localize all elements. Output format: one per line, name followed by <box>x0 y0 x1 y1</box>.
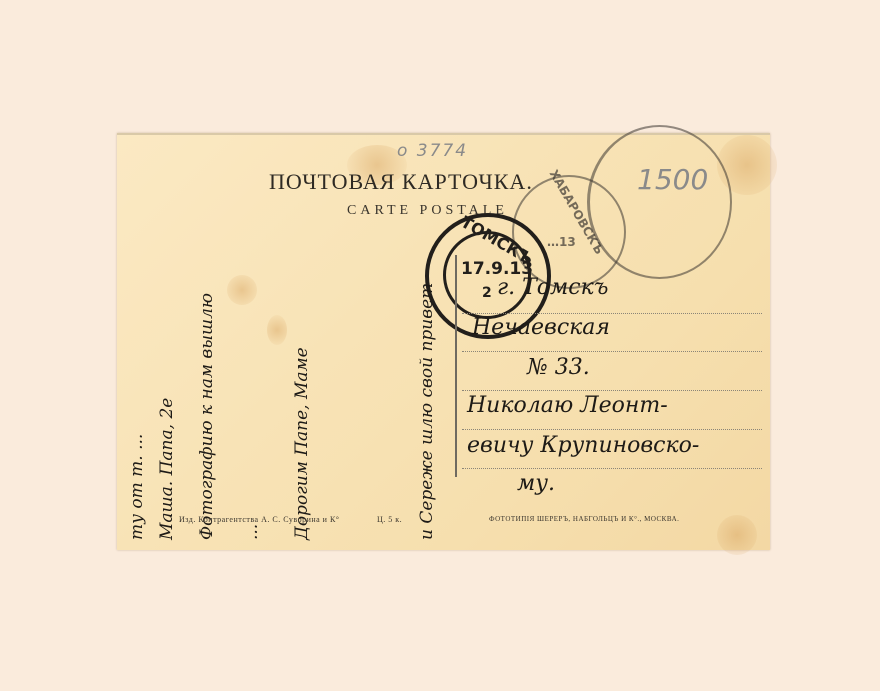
message-line: ту от т. ... <box>127 434 147 540</box>
age-stain <box>717 515 757 555</box>
price-footer: Ц. 5 к. <box>377 515 402 524</box>
printed-title: ПОЧТОВАЯ КАРТОЧКА. <box>269 169 533 195</box>
age-stain <box>227 275 257 305</box>
age-stain <box>267 315 287 345</box>
publisher-footer: Изд. Контрагентства А. С. Суворина и К° <box>179 515 340 524</box>
printer-footer: ФОТОТИПІЯ ШЕРЕРЪ, НАБГОЛЬЦЪ И К°., МОСКВ… <box>489 515 679 523</box>
postmark-date-secondary: …13 <box>547 235 576 249</box>
address-rule <box>462 429 762 430</box>
address-line: № 33. <box>527 355 590 380</box>
address-rule <box>462 313 762 314</box>
postcard: o 3774 1500 ПОЧТОВАЯ КАРТОЧКА. CARTE POS… <box>117 133 770 550</box>
message-line: ... <box>242 524 262 540</box>
pencil-inventory-number: o 3774 <box>397 141 468 161</box>
address-line: Нечаевская <box>472 315 610 340</box>
address-line: евичу Крупиновско- <box>467 433 699 458</box>
address-line: му. <box>517 471 555 496</box>
message-line: Дорогим Папе, Маме <box>292 347 312 540</box>
postmark-sub: 2 <box>482 285 492 301</box>
divider-line <box>455 255 457 477</box>
address-rule <box>462 390 762 391</box>
message-line: Фотографию к нам вышлю <box>197 293 217 540</box>
message-line: и Сереже шлю свой привет <box>417 283 437 540</box>
address-rule <box>462 468 762 469</box>
address-line: г. Томскъ <box>497 275 608 300</box>
address-rule <box>462 351 762 352</box>
address-line: Николаю Леонт- <box>467 393 668 418</box>
message-line: Маша. Папа, 2е <box>157 398 177 540</box>
